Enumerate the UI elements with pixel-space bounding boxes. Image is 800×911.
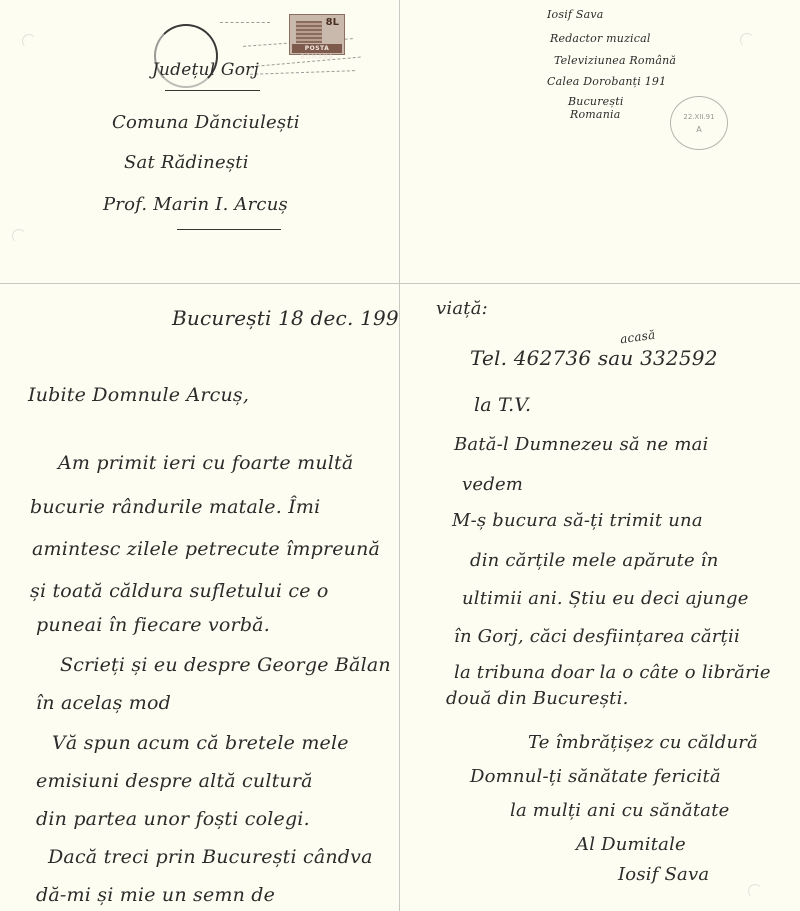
letter-dateline: București 18 dec. 1991	[172, 306, 412, 330]
punch-hole-icon	[12, 229, 26, 243]
letter-line: în acelaș mod	[36, 692, 171, 714]
stamp-label: POSTA ROMANA	[292, 44, 342, 53]
postage-stamp: 8L POSTA ROMANA	[289, 14, 345, 55]
letter-line: emisiuni despre altă cultură	[36, 770, 313, 792]
letter-line: Dacă treci prin București cândva	[48, 846, 373, 868]
letter-line: ultimii ani. Știu eu deci ajunge	[462, 588, 749, 609]
letter-line: amintesc zilele petrecute împreună	[32, 538, 380, 560]
letter-line: și toată căldura sufletului ce o	[30, 580, 329, 602]
panel-divider-vertical	[399, 0, 400, 911]
letter-line: din partea unor foști colegi.	[36, 808, 310, 830]
letter-line: vedem	[462, 474, 523, 495]
letter-signature: Iosif Sava	[618, 864, 709, 885]
underline	[177, 229, 281, 230]
letter-line: din cărțile mele apărute în	[470, 550, 719, 571]
punch-hole-icon	[22, 34, 36, 48]
letter-line: Am primit ieri cu foarte multă	[58, 452, 353, 474]
document-collage: 8L POSTA ROMANA Județul Gorj Comuna Dănc…	[0, 0, 800, 911]
letter-closing-line: Te îmbrățișez cu căldură	[528, 732, 758, 753]
phone-annotation: acasă	[619, 328, 656, 347]
sender-line: Calea Dorobanți 191	[547, 75, 666, 88]
letter-line: bucurie rândurile matale. Îmi	[30, 496, 320, 518]
arrival-postmark-icon: 22.XII.91 A	[670, 96, 728, 150]
underline	[165, 90, 260, 91]
punch-hole-icon	[740, 33, 754, 47]
letter-line: la tribuna doar la o câte o librărie	[454, 662, 771, 683]
address-line-recipient: Prof. Marin I. Arcuș	[103, 194, 288, 215]
sender-line: Iosif Sava	[547, 8, 604, 21]
envelope-front-panel: 8L POSTA ROMANA Județul Gorj Comuna Dănc…	[0, 0, 399, 283]
sender-line: Redactor muzical	[550, 32, 651, 45]
letter-line: în Gorj, căci desființarea cărții	[454, 626, 740, 647]
stamp-value: 8L	[326, 17, 339, 28]
letter-closing-line: la mulți ani cu sănătate	[510, 800, 729, 821]
punch-hole-icon	[748, 884, 762, 898]
letter-line: viață:	[436, 298, 488, 319]
address-line-county: Județul Gorj	[152, 60, 259, 80]
letter-page-1: București 18 dec. 1991 Iubite Domnule Ar…	[0, 284, 399, 911]
cancellation-wave	[220, 22, 270, 24]
letter-line: două din București.	[446, 688, 629, 709]
letter-line: puneai în fiecare vorbă.	[36, 614, 270, 636]
sender-line: București	[568, 95, 624, 108]
address-line-village: Sat Rădinești	[124, 152, 249, 173]
postmark-date: 22.XII.91	[671, 113, 727, 121]
letter-phone-line: Tel. 462736 sau 332592	[470, 346, 718, 370]
address-line-commune: Comuna Dănciulești	[112, 112, 300, 133]
cancellation-wave	[250, 70, 355, 76]
letter-closing-line: Domnul-ți sănătate fericită	[470, 766, 721, 787]
letter-line: la T.V.	[474, 394, 531, 416]
letter-salutation: Iubite Domnule Arcuș,	[28, 384, 249, 406]
sender-line: Romania	[570, 108, 620, 121]
letter-line: M-ș bucura să-ți trimit una	[452, 510, 703, 531]
letter-page-2: viață: acasă Tel. 462736 sau 332592 la T…	[400, 284, 800, 911]
letter-line: Vă spun acum că bretele mele	[52, 732, 349, 754]
letter-line: Scrieți și eu despre George Bălan	[60, 654, 391, 676]
panel-divider-horizontal	[0, 283, 800, 284]
building-icon	[296, 21, 322, 43]
letter-signoff: Al Dumitale	[576, 834, 686, 855]
postmark-letter: A	[671, 125, 727, 134]
letter-line: dă-mi și mie un semn de	[36, 884, 275, 906]
envelope-back-panel: Iosif Sava Redactor muzical Televiziunea…	[400, 0, 800, 283]
sender-line: Televiziunea Română	[554, 54, 676, 67]
letter-line: Bată-l Dumnezeu să ne mai	[454, 434, 709, 455]
